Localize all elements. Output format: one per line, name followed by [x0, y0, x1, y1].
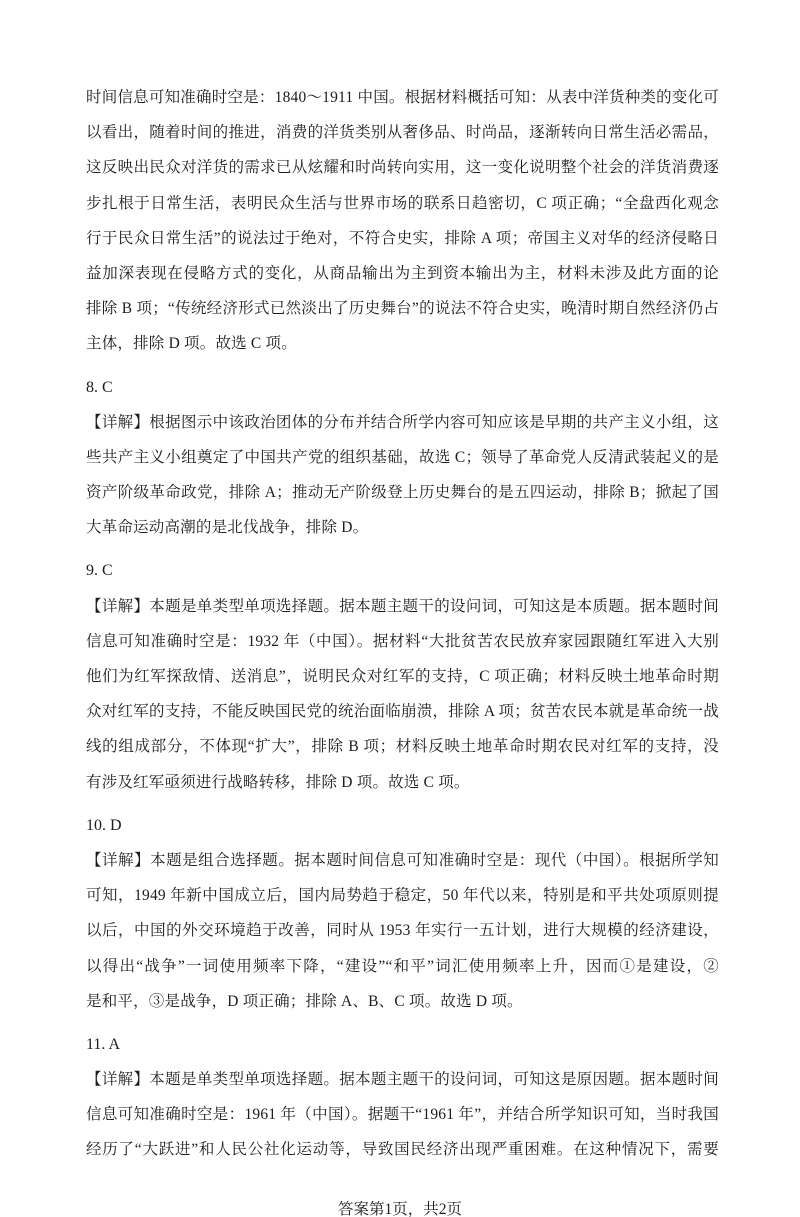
text-line: 这反映出民众对洋货的需求已从炫耀和时尚转向实用，这一变化说明整个社会的洋货消费逐	[86, 150, 719, 185]
document-page: 时间信息可知准确时空是：1840～1911 中国。根据材料概括可知：从表中洋货种…	[0, 0, 800, 1217]
answer-explanation-q7-continued: 时间信息可知准确时空是：1840～1911 中国。根据材料概括可知：从表中洋货种…	[86, 80, 719, 362]
text-line: 【详解】本题是组合选择题。据本题时间信息可知准确时空是：现代（中国）。根据所学知…	[86, 843, 719, 878]
text-line: 以看出，随着时间的推进，消费的洋货类别从奢侈品、时尚品，逐渐转向日常生活必需品，	[86, 115, 719, 150]
text-line: 以后，中国的外交环境趋于改善，同时从 1953 年实行一五计划，进行大规模的经济…	[86, 913, 719, 948]
answer-explanation-q8: 【详解】根据图示中该政治团体的分布并结合所学内容可知应该是早期的共产主义小组，这…	[86, 405, 719, 546]
text-line: 信息可知准确时空是：1932 年（中国）。据材料“大批贫苦农民放弃家园跟随红军进…	[86, 624, 719, 659]
text-line: 【详解】本题是单类型单项选择题。据本题主题干的设问词，可知这是原因题。据本题时间	[86, 1062, 719, 1097]
text-line: 大革命运动高潮的是北伐战争，排除 D。	[86, 510, 719, 545]
text-line: 时间信息可知准确时空是：1840～1911 中国。根据材料概括可知：从表中洋货种…	[86, 80, 719, 115]
answer-explanation-q11: 【详解】本题是单类型单项选择题。据本题主题干的设问词，可知这是原因题。据本题时间…	[86, 1062, 719, 1168]
answer-label-q8: 8. C	[86, 370, 719, 405]
answer-label-q9: 9. C	[86, 553, 719, 588]
answer-label-q11: 11. A	[86, 1027, 719, 1062]
text-line: 行于民众日常生活”的说法过于绝对，不符合史实，排除 A 项；帝国主义对华的经济侵…	[86, 221, 719, 256]
page-footer: 答案第1页，共2页	[0, 1197, 800, 1217]
answer-explanation-q9: 【详解】本题是单类型单项选择题。据本题主题干的设问词，可知这是本质题。据本题时间…	[86, 589, 719, 800]
text-line: 线的组成部分，不体现“扩大”，排除 B 项；材料反映土地革命时期农民对红军的支持…	[86, 729, 719, 764]
text-line: 可知，1949 年新中国成立后，国内局势趋于稳定，50 年代以来，特别是和平共处…	[86, 878, 719, 913]
text-line: 资产阶级革命政党，排除 A；推动无产阶级登上历史舞台的是五四运动，排除 B；掀起…	[86, 475, 719, 510]
text-line: 他们为红军探敌情、送消息”，说明民众对红军的支持，C 项正确；材料反映土地革命时…	[86, 659, 719, 694]
text-line: 排除 B 项；“传统经济形式已然淡出了历史舞台”的说法不符合史实，晚清时期自然经…	[86, 291, 719, 326]
text-line: 众对红军的支持，不能反映国民党的统治面临崩溃，排除 A 项；贫苦农民本就是革命统…	[86, 694, 719, 729]
text-line: 经历了“大跃进”和人民公社化运动等，导致国民经济出现严重困难。在这种情况下，需要	[86, 1132, 719, 1167]
text-line: 益加深表现在侵略方式的变化，从商品输出为主到资本输出为主，材料未涉及此方面的论述…	[86, 256, 719, 291]
text-line: 信息可知准确时空是：1961 年（中国）。据题干“1961 年”，并结合所学知识…	[86, 1097, 719, 1132]
text-line: 些共产主义小组奠定了中国共产党的组织基础，故选 C；领导了革命党人反清武装起义的…	[86, 440, 719, 475]
text-line: 【详解】根据图示中该政治团体的分布并结合所学内容可知应该是早期的共产主义小组，这	[86, 405, 719, 440]
text-line: 以得出“战争”一词使用频率下降，“建设”“和平”词汇使用频率上升，因而①是建设，…	[86, 949, 719, 984]
text-line: 主体，排除 D 项。故选 C 项。	[86, 326, 719, 361]
page-text-block: 时间信息可知准确时空是：1840～1911 中国。根据材料概括可知：从表中洋货种…	[86, 80, 719, 1168]
answer-explanation-q10: 【详解】本题是组合选择题。据本题时间信息可知准确时空是：现代（中国）。根据所学知…	[86, 843, 719, 1019]
text-line: 步扎根于日常生活，表明民众生活与世界市场的联系日趋密切，C 项正确；“全盘西化观…	[86, 186, 719, 221]
text-line: 是和平，③是战争，D 项正确；排除 A、B、C 项。故选 D 项。	[86, 984, 719, 1019]
text-line: 【详解】本题是单类型单项选择题。据本题主题干的设问词，可知这是本质题。据本题时间	[86, 589, 719, 624]
text-line: 有涉及红军亟须进行战略转移，排除 D 项。故选 C 项。	[86, 765, 719, 800]
answer-label-q10: 10. D	[86, 808, 719, 843]
